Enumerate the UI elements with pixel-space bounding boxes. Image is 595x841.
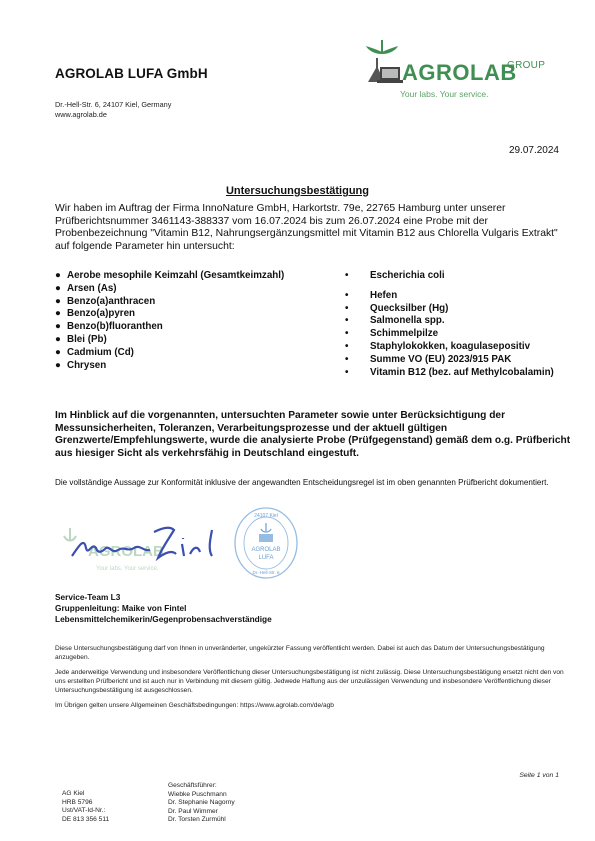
bullet-icon: • (345, 328, 348, 341)
footer-managers: Geschäftsführer: Wiebke Puschmann Dr. St… (168, 782, 235, 825)
parameter-item: •Escherichia coli (345, 270, 585, 283)
team-name: Service-Team L3 (55, 592, 272, 603)
verdict-paragraph: Im Hinblick auf die vorgenannten, unters… (55, 410, 575, 460)
parameter-item: ●Blei (Pb) (55, 334, 305, 347)
parameter-item: •Staphylokokken, koagulasepositiv (345, 341, 585, 354)
bullet-icon: ● (55, 347, 67, 360)
bullet-icon: • (345, 303, 348, 316)
bullet-icon: • (345, 290, 348, 303)
bullet-icon: ● (55, 360, 67, 373)
service-team-block: Service-Team L3 Gruppenleitung: Maike vo… (55, 592, 272, 625)
manager-name: Wiebke Puschmann (168, 791, 235, 800)
legal-note-restriction: Jede anderweitige Verwendung und insbeso… (55, 668, 575, 695)
manager-name: Dr. Stephanie Nagorny (168, 799, 235, 808)
footer-vat-number: DE 813 356 511 (62, 816, 109, 825)
logo-wordmark: AGROLAB (402, 60, 517, 86)
signature-image: AGROLAB Your labs. Your service. (62, 518, 237, 578)
parameter-item: ●Benzo(a)anthracen (55, 296, 305, 309)
intro-paragraph: Wir haben im Auftrag der Firma InnoNatur… (55, 203, 570, 253)
address-line: Dr.-Hell-Str. 6, 24107 Kiel, Germany (55, 100, 171, 110)
parameter-item: ●Aerobe mesophile Keimzahl (Gesamtkeimza… (55, 270, 305, 283)
logo-group-suffix: GROUP (507, 60, 545, 71)
company-name: AGROLAB LUFA GmbH (55, 66, 208, 81)
parameter-item: •Vitamin B12 (bez. auf Methylcobalamin) (345, 367, 585, 380)
parameter-item: •Quecksilber (Hg) (345, 303, 585, 316)
logo-slogan: Your labs. Your service. (400, 89, 489, 99)
team-lead: Gruppenleitung: Maike von Fintel (55, 603, 272, 614)
managers-label: Geschäftsführer: (168, 782, 235, 791)
conformity-note: Die vollständige Aussage zur Konformität… (55, 478, 575, 489)
page-number: Seite 1 von 1 (519, 772, 559, 779)
svg-text:LUFA: LUFA (258, 555, 273, 561)
legal-note-publication: Diese Untersuchungsbestätigung darf von … (55, 644, 575, 662)
footer-registration: AG Kiel HRB 5796 Ust/VAT-Id-Nr.: DE 813 … (62, 790, 109, 824)
bullet-icon: • (345, 270, 348, 283)
document-date: 29.07.2024 (509, 145, 559, 156)
parameter-item: •Salmonella spp. (345, 315, 585, 328)
parameter-item: ●Arsen (As) (55, 283, 305, 296)
svg-text:Dr.-Hell-Str. 6: Dr.-Hell-Str. 6 (252, 570, 280, 575)
parameter-item: ●Chrysen (55, 360, 305, 373)
parameter-item: ●Cadmium (Cd) (55, 347, 305, 360)
parameter-item: ●Benzo(b)fluoranthen (55, 321, 305, 334)
document-title: Untersuchungsbestätigung (0, 185, 595, 197)
bullet-icon: • (345, 354, 348, 367)
manager-name: Dr. Paul Wimmer (168, 808, 235, 817)
parameter-list-right: •Escherichia coli •Hefen •Quecksilber (H… (345, 270, 585, 379)
team-lead-role: Lebensmittelchemikerin/Gegenprobensachve… (55, 614, 272, 625)
company-stamp: 24107 Kiel AGROLAB LUFA Dr.-Hell-Str. 6 (233, 505, 299, 581)
parameter-item: ●Benzo(a)pyren (55, 308, 305, 321)
svg-text:24107 Kiel: 24107 Kiel (254, 513, 278, 519)
bullet-icon: • (345, 341, 348, 354)
website-link[interactable]: www.agrolab.de (55, 110, 171, 120)
footer-hrb: HRB 5796 (62, 799, 109, 808)
bullet-icon: ● (55, 334, 67, 347)
legal-notes: Diese Untersuchungsbestätigung darf von … (55, 644, 575, 716)
company-address: Dr.-Hell-Str. 6, 24107 Kiel, Germany www… (55, 100, 171, 120)
bullet-icon: ● (55, 283, 67, 296)
footer-vat-label: Ust/VAT-Id-Nr.: (62, 807, 109, 816)
bullet-icon: • (345, 315, 348, 328)
svg-text:Your labs. Your service.: Your labs. Your service. (96, 566, 159, 572)
bullet-icon: ● (55, 308, 67, 321)
legal-note-terms: Im Übrigen gelten unsere Allgemeinen Ges… (55, 701, 575, 710)
bullet-icon: ● (55, 270, 67, 283)
manager-name: Dr. Torsten Zurmühl (168, 816, 235, 825)
agrolab-group-logo: AGROLAB GROUP Your labs. Your service. (362, 38, 562, 103)
parameter-item: •Hefen (345, 290, 585, 303)
parameter-item: •Schimmelpilze (345, 328, 585, 341)
bullet-icon: • (345, 367, 348, 380)
parameter-list-left: ●Aerobe mesophile Keimzahl (Gesamtkeimza… (55, 270, 305, 372)
parameter-item: •Summe VO (EU) 2023/915 PAK (345, 354, 585, 367)
plant-flask-laptop-icon (362, 38, 404, 88)
svg-text:AGROLAB: AGROLAB (251, 547, 280, 553)
footer-court: AG Kiel (62, 790, 109, 799)
bullet-icon: ● (55, 296, 67, 309)
bullet-icon: ● (55, 321, 67, 334)
